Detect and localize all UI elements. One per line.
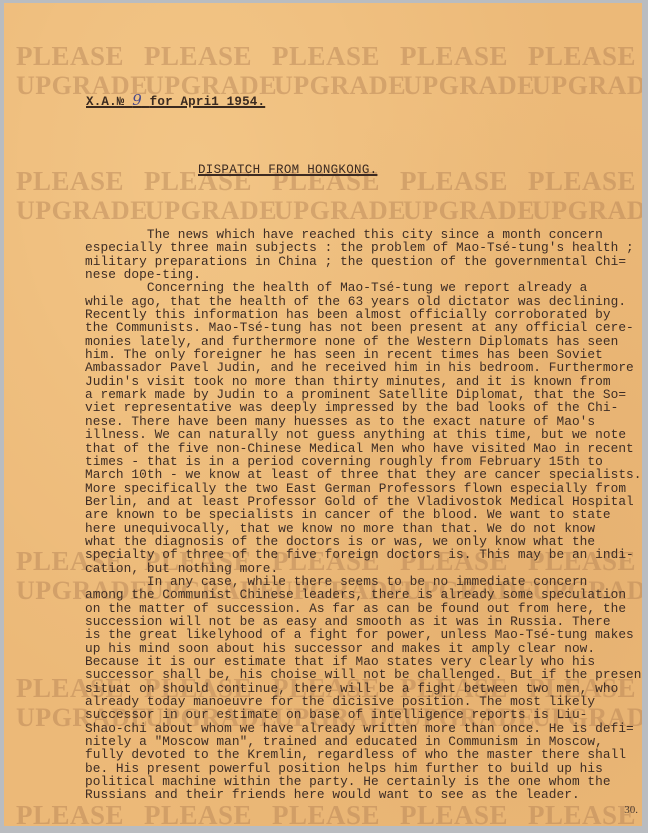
body-line: military preparations in China ; the que… bbox=[85, 255, 642, 268]
reference-prefix: X.A.№ bbox=[86, 95, 125, 109]
page-number: 30. bbox=[624, 804, 638, 816]
watermark-word: UPGRADE bbox=[403, 196, 532, 226]
watermark-word: PLEASE bbox=[272, 41, 400, 72]
watermark-word: PLEASE bbox=[144, 41, 272, 72]
watermark-word: UPGRADE bbox=[532, 71, 642, 101]
watermark-word: PLEASE bbox=[272, 800, 400, 826]
body-line: what the diagnosis of the doctors is or … bbox=[85, 535, 642, 548]
body-line: cation, but nothing more. bbox=[85, 562, 642, 575]
watermark-row: PLEASEPLEASEPLEASEPLEASEPLEASE bbox=[16, 41, 642, 72]
body-line: Because it is our estimate that if Mao s… bbox=[85, 655, 642, 668]
body-line: the Communists. Mao-Tsé-tung has not bee… bbox=[85, 321, 642, 334]
body-line: times - that is in a period coverning ro… bbox=[85, 455, 642, 468]
body-line: Concerning the health of Mao-Tsé-tung we… bbox=[85, 281, 642, 294]
watermark-word: PLEASE bbox=[400, 800, 528, 826]
watermark-row: PLEASEPLEASEPLEASEPLEASEPLEASE bbox=[16, 800, 642, 826]
body-line: monies lately, and furthermore none of t… bbox=[85, 335, 642, 348]
body-line: Judin's visit took no more than thirty m… bbox=[85, 375, 642, 388]
watermark-word: UPGRADE bbox=[145, 196, 274, 226]
watermark-word: PLEASE bbox=[528, 166, 642, 197]
document-body: The news which have reached this city si… bbox=[85, 228, 642, 802]
reference-number-handwritten: 9 bbox=[132, 91, 142, 109]
body-line: are known to be specialists in cancer of… bbox=[85, 508, 642, 521]
watermark-word: UPGRADE bbox=[274, 196, 403, 226]
watermark-word: PLEASE bbox=[16, 166, 144, 197]
body-line: already today manoeuvre for the dicisive… bbox=[85, 695, 642, 708]
body-line: viet representative was deeply impressed… bbox=[85, 401, 642, 414]
body-line: More specifically the two East German Pr… bbox=[85, 482, 642, 495]
watermark-word: PLEASE bbox=[400, 41, 528, 72]
body-line: In any case, while there seems to be no … bbox=[85, 575, 642, 588]
body-line: nitely a "Moscow man", trained and educa… bbox=[85, 735, 642, 748]
reference-suffix: for Apri1 1954. bbox=[150, 95, 266, 109]
watermark-row: UPGRADEUPGRADEUPGRADEUPGRADEUPGRADE bbox=[16, 196, 642, 226]
body-line: fully devoted to the Kremlin, regardless… bbox=[85, 748, 642, 761]
body-line: The news which have reached this city si… bbox=[85, 228, 642, 241]
body-line: illness. We can naturally not guess anyt… bbox=[85, 428, 642, 441]
body-line: succession will not be as easy and smoot… bbox=[85, 615, 642, 628]
body-line: that of the five non-Chinese Medical Men… bbox=[85, 442, 642, 455]
body-line: Ambassador Pavel Judin, and he received … bbox=[85, 361, 642, 374]
watermark-word: PLEASE bbox=[144, 800, 272, 826]
body-line: March 10th - we know at least of three t… bbox=[85, 468, 642, 481]
document-page: PLEASEPLEASEPLEASEPLEASEPLEASEUPGRADEUPG… bbox=[4, 3, 642, 826]
watermark-word: UPGRADE bbox=[532, 196, 642, 226]
watermark-word: PLEASE bbox=[16, 41, 144, 72]
body-line: up his mind soon about his successor and… bbox=[85, 642, 642, 655]
body-line: situat on should continue, there will be… bbox=[85, 682, 642, 695]
body-line: is the great likelyhood of a fight for p… bbox=[85, 628, 642, 641]
body-line: political machine within the party. He c… bbox=[85, 775, 642, 788]
body-line: successor shall be, his choise will not … bbox=[85, 668, 642, 681]
body-line: on the matter of succession. As far as c… bbox=[85, 602, 642, 615]
body-line: here unequivocally, that we know no more… bbox=[85, 522, 642, 535]
document-title: DISPATCH FROM HONGKONG. bbox=[198, 163, 377, 177]
document-reference: X.A.№ 9 for Apri1 1954. bbox=[86, 91, 265, 109]
body-line: be. His present powerful position helps … bbox=[85, 762, 642, 775]
body-line: Shao-chi about whom we have already writ… bbox=[85, 722, 642, 735]
watermark-word: PLEASE bbox=[16, 800, 144, 826]
body-line: Russians and their friends here would wa… bbox=[85, 788, 642, 801]
body-line: specialty of three of the five foreign d… bbox=[85, 548, 642, 561]
body-line: especially three main subjects : the pro… bbox=[85, 241, 642, 254]
watermark-word: PLEASE bbox=[528, 41, 642, 72]
body-line: a remark made by Judin to a prominent Sa… bbox=[85, 388, 642, 401]
body-line: Berlin, and at least Professor Gold of t… bbox=[85, 495, 642, 508]
body-line: nese. There have been many huesses as to… bbox=[85, 415, 642, 428]
watermark-word: UPGRADE bbox=[274, 71, 403, 101]
body-line: Recently this information has been almos… bbox=[85, 308, 642, 321]
body-line: among the Communist Chinese leaders, the… bbox=[85, 588, 642, 601]
watermark-word: PLEASE bbox=[400, 166, 528, 197]
body-line: successor in our estimate on base of int… bbox=[85, 708, 642, 721]
body-line: nese dope-ting. bbox=[85, 268, 642, 281]
watermark-word: UPGRADE bbox=[403, 71, 532, 101]
watermark-word: UPGRADE bbox=[16, 196, 145, 226]
body-line: while ago, that the health of the 63 yea… bbox=[85, 295, 642, 308]
body-line: him. The only foreigner he has seen in r… bbox=[85, 348, 642, 361]
